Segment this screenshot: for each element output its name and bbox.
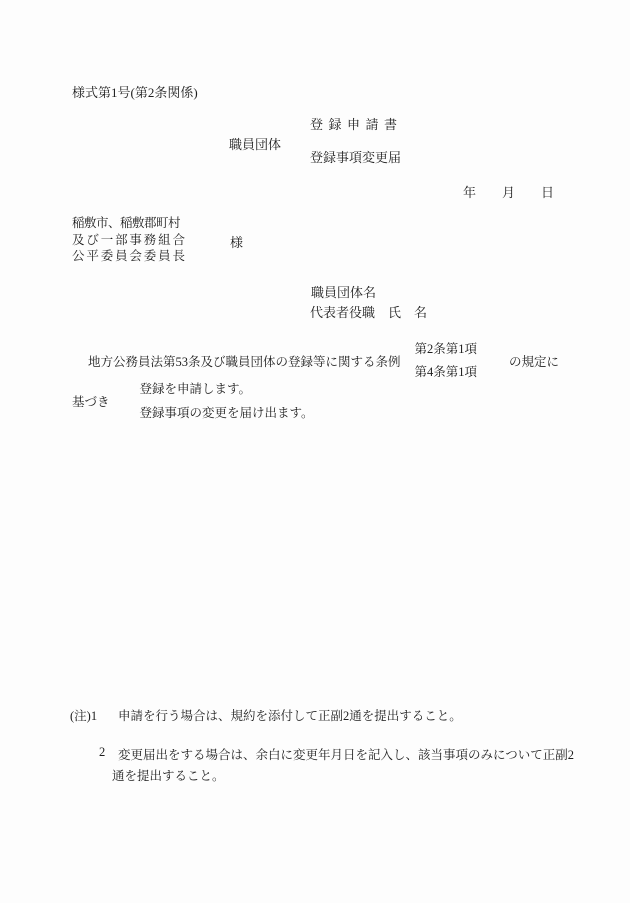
clause-option-2: 第4条第1項 [415,361,478,384]
body-lead-text: 地方公務員法第53条及び職員団体の登録等に関する条例 [88,352,401,370]
clause-options: 第2条第1項 第4条第1項 [415,338,478,384]
title-subject: 職員団体 [229,134,281,153]
date-line: 年 月 日 [463,182,554,201]
org-name-label: 職員団体名 [311,282,376,301]
action-options: 登録を申請します。 登録事項の変更を届け出ます。 [140,377,314,425]
action-option-2: 登録事項の変更を届け出ます。 [140,401,314,425]
body-connective: 基づき [72,392,110,410]
addressee-line-3: 公平委員会委員長 [72,248,185,265]
representative-label: 代表者役職 氏 名 [310,302,427,321]
note2-line-2: 通を提出すること。 [112,766,225,784]
note2-line-1: 変更届出をする場合は、余白に変更年月日を記入し、該当事項のみについて正副2 [118,745,574,763]
note2-number: 2 [99,745,105,760]
note1-label: (注)1 [70,706,97,724]
title-option-registration: 登録申請書 [310,114,403,133]
body-lead-suffix: の規定に [509,352,559,370]
addressee-line-2: 及び一部事務組合 [72,232,185,249]
clause-option-1: 第2条第1項 [415,338,478,361]
form-number: 様式第1号(第2条関係) [72,82,198,101]
body-line-action: 基づき 登録を申請します。 登録事項の変更を届け出ます。 [72,377,314,425]
note1-text: 申請を行う場合は、規約を添付して正副2通を提出すること。 [118,706,462,724]
addressee-block: 稲敷市、稲敷郡町村 及び一部事務組合 公平委員会委員長 [72,215,185,265]
title-option-change: 登録事項変更届 [310,147,401,166]
addressee-line-1: 稲敷市、稲敷郡町村 [72,215,185,232]
action-option-1: 登録を申請します。 [140,377,314,401]
document-page: 様式第1号(第2条関係) 登録申請書 職員団体 登録事項変更届 年 月 日 稲敷… [0,0,630,903]
addressee-honorific: 様 [230,232,243,251]
